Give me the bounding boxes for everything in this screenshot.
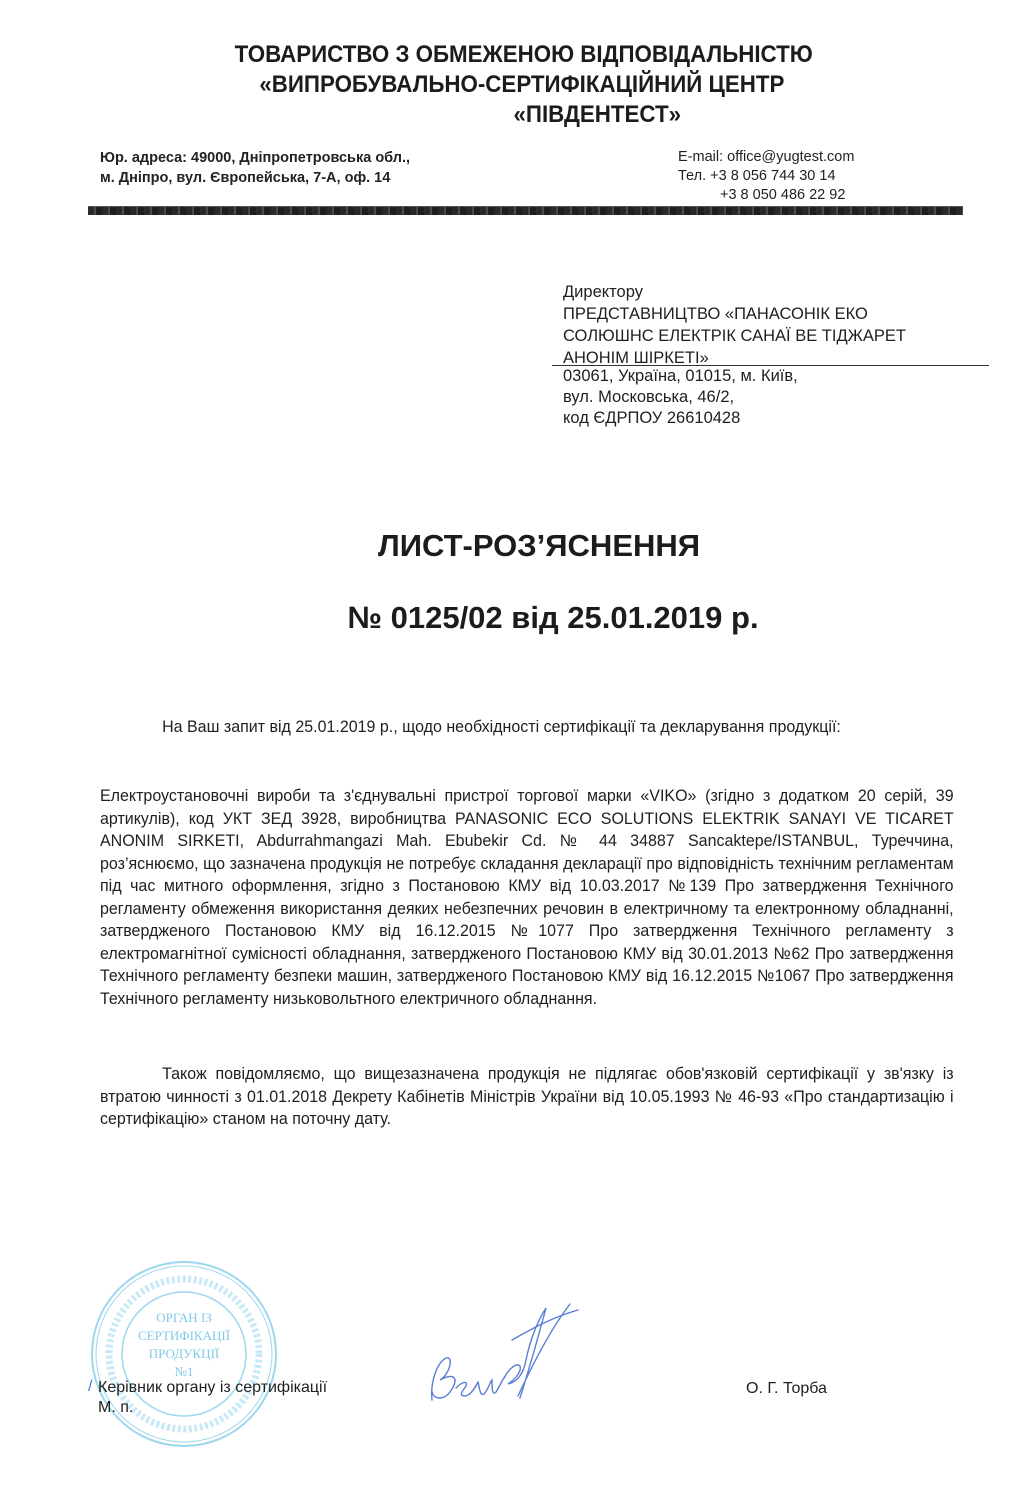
organization-name: ТОВАРИСТВО З ОБМЕЖЕНОЮ ВІДПОВІДАЛЬНІСТЮ …	[36, 40, 998, 130]
seal-place: М. п.	[98, 1398, 327, 1418]
legal-address-line-1: Юр. адреса: 49000, Дніпропетровська обл.…	[100, 148, 410, 168]
signer-title: Керівник органу із сертифікації	[98, 1378, 327, 1398]
recipient-line: Директору	[563, 281, 906, 303]
recipient-address-line: 03061, Україна, 01015, м. Київ,	[563, 366, 798, 387]
document-title: ЛИСТ-РОЗ’ЯСНЕННЯ	[0, 528, 1034, 564]
org-name-line-1: ТОВАРИСТВО З ОБМЕЖЕНОЮ ВІДПОВІДАЛЬНІСТЮ	[36, 40, 998, 70]
org-name-line-2: «ВИПРОБУВАЛЬНО-СЕРТИФІКАЦІЙНИЙ ЦЕНТР	[36, 70, 998, 100]
phone-2: +3 8 050 486 22 92	[678, 186, 854, 205]
paragraph-explanation: Електроустановочні вироби та з'єднувальн…	[100, 785, 954, 1010]
phone-1: Тел. +3 8 056 744 30 14	[678, 167, 854, 186]
email-text: E-mail: office@yugtest.com	[678, 148, 854, 167]
document-number: № 0125/02 від 25.01.2019 р.	[0, 600, 1034, 636]
recipient-address-line: вул. Московська, 46/2,	[563, 387, 798, 408]
recipient-line: СОЛЮШНС ЕЛЕКТРІК САНАЇ ВЕ ТІДЖАРЕТ	[563, 325, 906, 347]
signer-block: Керівник органу із сертифікації М. п.	[98, 1378, 327, 1418]
signature-icon	[420, 1300, 580, 1410]
pen-mark-icon: /	[88, 1378, 92, 1396]
stamp-line: №1	[175, 1364, 194, 1379]
org-name-line-3: «ПІВДЕНТЕСТ»	[36, 100, 998, 130]
signer-name: О. Г. Торба	[746, 1380, 827, 1398]
legal-address-line-2: м. Дніпро, вул. Європейська, 7-А, оф. 14	[100, 168, 410, 188]
legal-address: Юр. адреса: 49000, Дніпропетровська обл.…	[100, 148, 410, 188]
stamp-line: СЕРТИФІКАЦІЇ	[138, 1328, 230, 1343]
contact-info: E-mail: office@yugtest.com Тел. +3 8 056…	[678, 148, 854, 205]
stamp-line: ПРОДУКЦІЇ	[149, 1346, 219, 1361]
letterhead-divider	[88, 206, 963, 215]
paragraph-notice: Також повідомляємо, що вищезазначена про…	[100, 1063, 954, 1131]
recipient-address: 03061, Україна, 01015, м. Київ, вул. Мос…	[563, 366, 798, 429]
paragraph-request: На Ваш запит від 25.01.2019 р., щодо нео…	[100, 716, 954, 739]
recipient-block: Директору ПРЕДСТАВНИЦТВО «ПАНАСОНІК ЕКО …	[563, 281, 906, 369]
stamp-line: ОРГАН ІЗ	[156, 1310, 212, 1325]
seal-stamp-icon: ОРГАН ІЗ СЕРТИФІКАЦІЇ ПРОДУКЦІЇ №1	[88, 1258, 280, 1450]
recipient-address-line: код ЄДРПОУ 26610428	[563, 408, 798, 429]
recipient-line: ПРЕДСТАВНИЦТВО «ПАНАСОНІК ЕКО	[563, 303, 906, 325]
